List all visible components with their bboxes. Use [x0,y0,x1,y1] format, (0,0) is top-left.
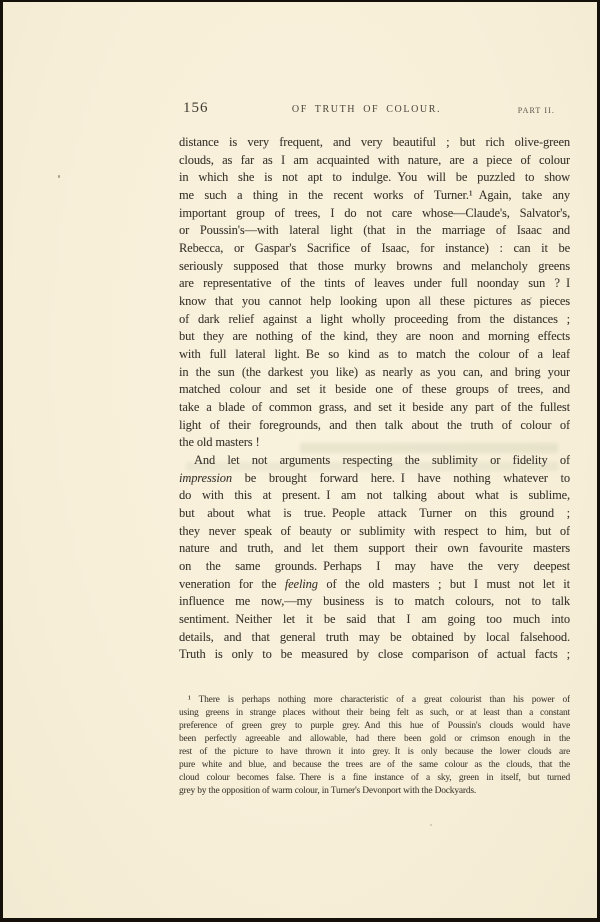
text-line: but about what is true. People attack Tu… [179,505,570,523]
text-line: Truth is only to be measured by close co… [179,646,570,664]
scan-edge-top [0,0,600,2]
text-line: impression be brought forward here. I ha… [179,470,570,488]
text-line: in which she is not apt to indulge. You … [179,169,570,187]
scan-edge-bottom [0,918,600,922]
text-line: been perfectly agreeable and allowable, … [179,733,570,746]
text-line: using greens in strange places without t… [179,707,570,720]
text-line: veneration for the feeling of the old ma… [179,576,570,594]
text-line: the old masters ! [179,434,570,452]
text-line: cloud colour becomes false. There is a f… [179,772,570,785]
text-line: they never speak of beauty or sublimity … [179,523,570,541]
text-line: matched colour and set it beside one of … [179,381,570,399]
footnote: ¹ There is perhaps nothing more characte… [179,694,570,798]
text-line: are representative of the tints of leave… [179,275,570,293]
paragraph-2: And let not arguments respecting the sub… [179,452,570,664]
body-text: distance is very frequent, and very beau… [179,134,570,664]
text-line: with full lateral light. Be so kind as t… [179,346,570,364]
text-line: nature and truth, and let them support t… [179,540,570,558]
text-line: in the sun (the darkest you like) as nea… [179,364,570,382]
text-line: sentiment. Neither let it be said that I… [179,611,570,629]
text-line: grey by the opposition of warm colour, i… [179,785,570,798]
text-line: pure white and blue, and because the tre… [179,759,570,772]
text-line: ¹ There is perhaps nothing more characte… [179,694,570,707]
scan-speck [430,824,432,826]
scanned-book-page: 156 OF TRUTH OF COLOUR. PART II. distanc… [0,0,600,922]
text-line: preference of green grey to purple grey.… [179,720,570,733]
text-line: clouds, as far as I am acquainted with n… [179,152,570,170]
running-header: OF TRUTH OF COLOUR. [179,104,554,115]
part-label: PART II. [518,106,555,115]
text-line: me such a thing in the recent works of T… [179,187,570,205]
text-line: on the same grounds. Perhaps I may have … [179,558,570,576]
paragraph-1: distance is very frequent, and very beau… [179,134,570,452]
text-line: take a blade of common grass, and set it… [179,399,570,417]
text-line: or Poussin's—with lateral light (that in… [179,222,570,240]
text-line: influence me now,—my business is to matc… [179,593,570,611]
text-line: Rebecca, or Gaspar's Sacrifice of Isaac,… [179,240,570,258]
text-line: details, and that general truth may be o… [179,629,570,647]
text-line: light of their foregrounds, and then tal… [179,417,570,435]
text-line: of dark relief against a light wholly pr… [179,311,570,329]
text-line: rest of the picture to have thrown it in… [179,746,570,759]
text-line: And let not arguments respecting the sub… [179,452,570,470]
text-line: distance is very frequent, and very beau… [179,134,570,152]
text-line: know that you cannot help looking upon a… [179,293,570,311]
footnote-paragraph: ¹ There is perhaps nothing more characte… [179,694,570,798]
scan-speck [58,175,60,178]
text-line: important group of trees, I do not care … [179,205,570,223]
text-line: but they are nothing of the kind, they a… [179,328,570,346]
scan-edge-left [0,0,3,922]
text-line: do with this at present. I am not talkin… [179,487,570,505]
text-line: seriously supposed that those murky brow… [179,258,570,276]
